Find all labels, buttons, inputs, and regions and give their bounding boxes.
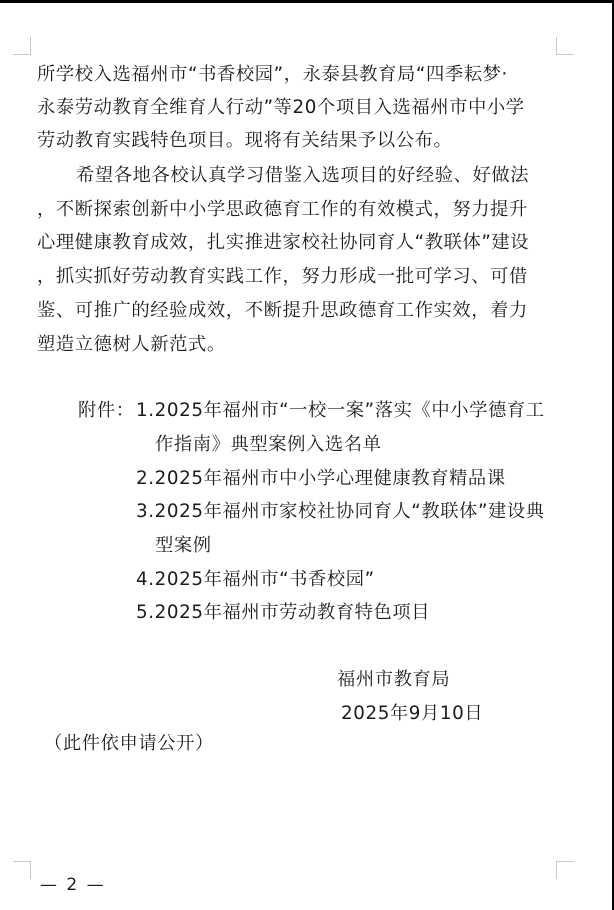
attachment-item-continuation: 型案例 <box>155 534 212 558</box>
attachment-item-continuation: 作指南》典型案例入选名单 <box>155 433 382 457</box>
body-line: 所学校入选福州市“书香校园”，永泰县教育局“四季耘梦· <box>37 63 508 87</box>
disclosure-note: （此件依申请公开） <box>44 732 214 756</box>
body-line: 鉴、可推广的经验成效，不断提升思政德育工作实效，着力 <box>37 299 528 323</box>
attachment-item: 1.2025年福州市“一校一案”落实《中小学德育工 <box>136 399 545 423</box>
top-right-margin-mark <box>556 37 574 55</box>
attachment-item: 5.2025年福州市劳动教育特色项目 <box>136 601 430 625</box>
body-line: 劳动教育实践特色项目。现将有关结果予以公布。 <box>37 129 452 153</box>
body-line: ，不断探索创新中小学思政德育工作的有效模式，努力提升 <box>37 198 528 222</box>
issuer-name: 福州市教育局 <box>337 668 450 692</box>
attachment-item: 3.2025年福州市家校社协同育人“教联体”建设典 <box>136 500 545 524</box>
attachment-item: 2.2025年福州市中小学心理健康教育精品课 <box>136 467 506 491</box>
bottom-left-margin-mark <box>13 861 31 879</box>
attachment-item: 4.2025年福州市“书香校园” <box>136 568 375 592</box>
body-line: 心理健康教育成效，扎实推进家校社协同育人“教联体”建设 <box>37 231 529 255</box>
issue-date: 2025年9月10日 <box>341 702 483 726</box>
body-line: ，抓实抓好劳动教育实践工作，努力形成一批可学习、可借 <box>37 265 528 289</box>
page-number: — 2 — <box>40 874 106 896</box>
body-line: 塑造立德树人新范式。 <box>37 333 226 357</box>
top-left-margin-mark <box>13 37 31 55</box>
attachments-label: 附件： <box>78 399 135 423</box>
viewer-top-border <box>0 0 614 3</box>
body-line: 永泰劳动教育全维育人行动”等20个项目入选福州市中小学 <box>37 96 525 120</box>
bottom-right-margin-mark <box>556 861 574 879</box>
body-line: 希望各地各校认真学习借鉴入选项目的好经验、好做法 <box>76 164 529 188</box>
